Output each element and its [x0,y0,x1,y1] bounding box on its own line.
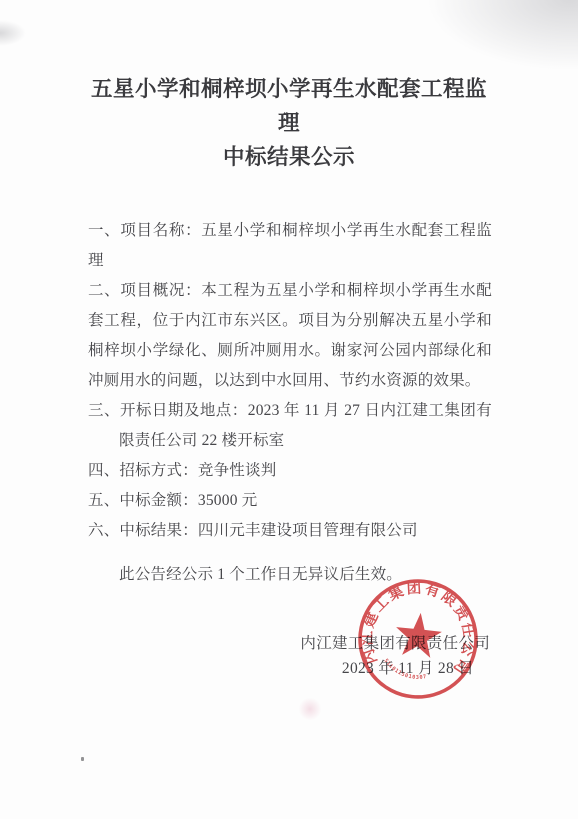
scan-ink-ghost [298,698,322,720]
title-line-1: 五星小学和桐梓坝小学再生水配套工程监 [0,72,578,106]
company-seal: 内江建工集团有限责任公司 5110115010307 [349,570,487,708]
item-winning-amount: 五、中标金额：35000 元 [88,486,492,516]
seal-serial-number: 5110115010307 [381,657,430,682]
item-project-overview: 二、项目概况：本工程为五星小学和桐梓坝小学再生水配套工程，位于内江市东兴区。项目… [88,276,492,396]
page-title: 五星小学和桐梓坝小学再生水配套工程监 理 中标结果公示 [0,72,578,174]
item-project-name: 一、项目名称：五星小学和桐梓坝小学再生水配套工程监理 [88,216,492,276]
document-page: 五星小学和桐梓坝小学再生水配套工程监 理 中标结果公示 一、项目名称：五星小学和… [0,0,578,819]
item-winning-result: 六、中标结果：四川元丰建设项目管理有限公司 [88,516,492,546]
item-tender-method: 四、招标方式：竞争性谈判 [88,456,492,486]
title-line-2: 理 [0,106,578,140]
scan-smudge-top-right [408,0,578,80]
scan-smudge-top-left [0,20,26,46]
title-line-3: 中标结果公示 [0,140,578,174]
item-bid-opening-date-place: 三、开标日期及地点：2023 年 11 月 27 日内江建工集团有限责任公司 2… [88,396,492,456]
document-body: 一、项目名称：五星小学和桐梓坝小学再生水配套工程监理 二、项目概况：本工程为五星… [88,216,492,546]
scan-speck [81,757,84,761]
seal-star-icon [393,610,443,658]
